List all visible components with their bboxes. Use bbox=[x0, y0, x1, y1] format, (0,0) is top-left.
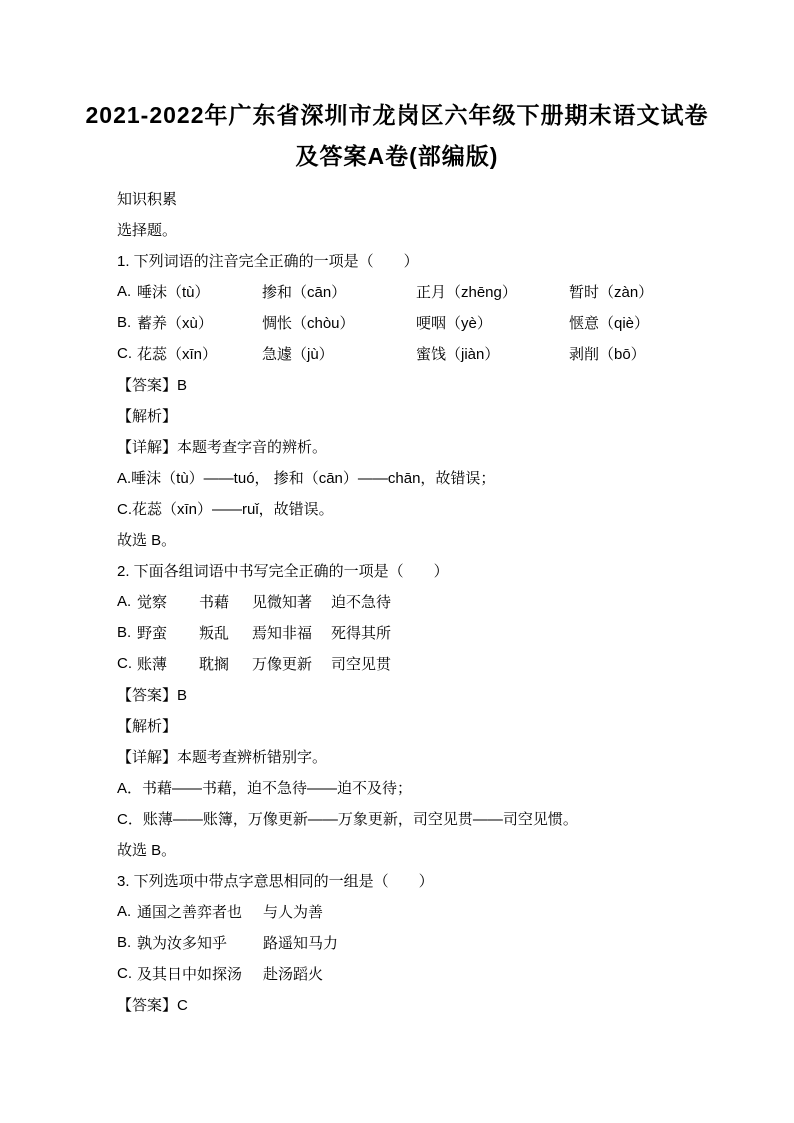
option-item: 蓄养（xù） bbox=[137, 312, 262, 333]
option-a-label: A. bbox=[117, 593, 137, 610]
option-b-label: B. bbox=[117, 934, 137, 951]
question-2-explanation-c: C．账薄——账簿，万像更新——万象更新，司空见贯——司空见惯。 bbox=[117, 803, 734, 834]
option-item: 惆怅（chòu） bbox=[262, 312, 416, 333]
option-item: 耽搁 bbox=[199, 653, 252, 674]
option-item: 蜜饯（jiàn） bbox=[416, 343, 569, 364]
option-item: 与人为善 bbox=[263, 901, 323, 922]
option-item: 书藉 bbox=[199, 591, 252, 612]
question-1-explanation-a: A.唾沫（tù）——tuó， 掺和（cān）——chān，故错误； bbox=[117, 462, 734, 493]
option-b-label: B. bbox=[117, 314, 137, 331]
option-item: 赴汤蹈火 bbox=[263, 963, 323, 984]
question-2-detail: 【详解】本题考查辨析错别字。 bbox=[117, 741, 734, 772]
question-1-conclusion: 故选 B。 bbox=[117, 524, 734, 555]
question-1-analysis-label: 【解析】 bbox=[117, 400, 734, 431]
option-a-label: A. bbox=[117, 283, 137, 300]
option-item: 哽咽（yè） bbox=[416, 312, 569, 333]
question-3-option-b: B. 孰为汝多知乎 路遥知马力 bbox=[117, 927, 734, 958]
option-item: 孰为汝多知乎 bbox=[137, 932, 263, 953]
question-2-analysis-label: 【解析】 bbox=[117, 710, 734, 741]
option-item: 野蛮 bbox=[137, 622, 199, 643]
question-3-option-c: C. 及其日中如探汤 赴汤蹈火 bbox=[117, 958, 734, 989]
option-item: 觉察 bbox=[137, 591, 199, 612]
option-item: 叛乱 bbox=[199, 622, 252, 643]
option-item: 急遽（jù） bbox=[262, 343, 416, 364]
document-body: 知识积累 选择题。 1. 下列词语的注音完全正确的一项是（ ） A. 唾沫（tù… bbox=[0, 183, 794, 1020]
option-item: 焉知非福 bbox=[252, 622, 331, 643]
section-heading: 知识积累 bbox=[117, 183, 734, 214]
question-1-explanation-c: C.花蕊（xīn）——ruǐ，故错误。 bbox=[117, 493, 734, 524]
question-1-option-b: B. 蓄养（xù） 惆怅（chòu） 哽咽（yè） 惬意（qiè） bbox=[117, 307, 734, 338]
page-title-line1: 2021-2022年广东省深圳市龙岗区六年级下册期末语文试卷 bbox=[0, 95, 794, 136]
option-item: 见微知著 bbox=[252, 591, 331, 612]
option-c-label: C. bbox=[117, 655, 137, 672]
question-2-conclusion: 故选 B。 bbox=[117, 834, 734, 865]
question-2-explanation-a: A．书藉——书藉，迫不急待——迫不及待； bbox=[117, 772, 734, 803]
option-c-label: C. bbox=[117, 345, 137, 362]
option-item: 及其日中如探汤 bbox=[137, 963, 263, 984]
page-title-line2: 及答案A卷(部编版) bbox=[0, 136, 794, 177]
page-title: 2021-2022年广东省深圳市龙岗区六年级下册期末语文试卷 及答案A卷(部编版… bbox=[0, 0, 794, 177]
option-item: 唾沫（tù） bbox=[137, 281, 262, 302]
option-item: 死得其所 bbox=[331, 622, 391, 643]
option-item: 账薄 bbox=[137, 653, 199, 674]
option-item: 花蕊（xīn） bbox=[137, 343, 262, 364]
option-item: 迫不急待 bbox=[331, 591, 391, 612]
question-3-option-a: A. 通国之善弈者也 与人为善 bbox=[117, 896, 734, 927]
question-2-option-c: C. 账薄 耽搁 万像更新 司空见贯 bbox=[117, 648, 734, 679]
option-b-label: B. bbox=[117, 624, 137, 641]
option-a-label: A. bbox=[117, 903, 137, 920]
question-1-answer: 【答案】B bbox=[117, 369, 734, 400]
option-item: 正月（zhēng） bbox=[416, 281, 569, 302]
option-item: 万像更新 bbox=[252, 653, 331, 674]
question-1-detail: 【详解】本题考查字音的辨析。 bbox=[117, 431, 734, 462]
option-item: 掺和（cān） bbox=[262, 281, 416, 302]
subsection-heading: 选择题。 bbox=[117, 214, 734, 245]
option-item: 司空见贯 bbox=[331, 653, 391, 674]
question-2-option-b: B. 野蛮 叛乱 焉知非福 死得其所 bbox=[117, 617, 734, 648]
question-2-stem: 2. 下面各组词语中书写完全正确的一项是（ ） bbox=[117, 555, 734, 586]
question-1-option-c: C. 花蕊（xīn） 急遽（jù） 蜜饯（jiàn） 剥削（bō） bbox=[117, 338, 734, 369]
question-1-stem: 1. 下列词语的注音完全正确的一项是（ ） bbox=[117, 245, 734, 276]
question-2-answer: 【答案】B bbox=[117, 679, 734, 710]
question-3-stem: 3. 下列选项中带点字意思相同的一组是（ ） bbox=[117, 865, 734, 896]
option-item: 暂时（zàn） bbox=[569, 281, 653, 302]
question-1-option-a: A. 唾沫（tù） 掺和（cān） 正月（zhēng） 暂时（zàn） bbox=[117, 276, 734, 307]
option-item: 剥削（bō） bbox=[569, 343, 646, 364]
option-c-label: C. bbox=[117, 965, 137, 982]
option-item: 通国之善弈者也 bbox=[137, 901, 263, 922]
question-3-answer: 【答案】C bbox=[117, 989, 734, 1020]
option-item: 路遥知马力 bbox=[263, 932, 338, 953]
exam-document: 2021-2022年广东省深圳市龙岗区六年级下册期末语文试卷 及答案A卷(部编版… bbox=[0, 0, 794, 1123]
option-item: 惬意（qiè） bbox=[569, 312, 649, 333]
question-2-option-a: A. 觉察 书藉 见微知著 迫不急待 bbox=[117, 586, 734, 617]
